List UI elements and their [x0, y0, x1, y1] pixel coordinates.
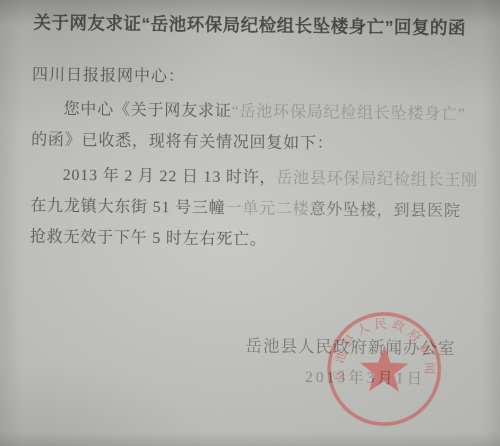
text-segment: 抢救无效于下午 5 时左右死亡。 — [30, 228, 267, 248]
official-seal: 岳池县人民政府新闻办公室 · · · · · · · · · · — [324, 309, 444, 429]
recipient-line: 四川日报报网中心： — [0, 34, 500, 91]
star-icon — [360, 345, 409, 392]
document-photo: 关于网友求证“岳池环保局纪检组长坠楼身亡”回复的函 四川日报报网中心： 您中心《… — [0, 0, 500, 446]
paragraph-2: 2013 年 2 月 22 日 13 时许，岳池县环保局纪检组长王刚 在九龙镇大… — [0, 155, 498, 259]
text-segment: 的函》已收悉，现将有关情况回复如下： — [31, 131, 334, 152]
paragraph-1-line-2: 的函》已收悉，现将有关情况回复如下： — [31, 124, 462, 161]
seal-serial-arc: · · · · · · · · · · — [351, 391, 409, 411]
text-segment-faded: 一单元二楼 — [225, 200, 309, 218]
text-segment-faded: 岳池县环保局纪检组长王刚 — [276, 170, 478, 190]
text-segment: 您中心《关于网友求证 — [63, 101, 231, 120]
text-segment: 在九龙镇大东街 51 号三幢 — [30, 197, 225, 217]
paragraph-1: 您中心《关于网友求证“岳池环保局纪检组长坠楼身亡” 的函》已收悉，现将有关情况回… — [0, 84, 499, 162]
paper-sheet: 关于网友求证“岳池环保局纪检组长坠楼身亡”回复的函 四川日报报网中心： 您中心《… — [0, 0, 500, 446]
text-segment: 意外坠楼，到县医院 — [309, 201, 460, 220]
seal-graphic: 岳池县人民政府新闻办公室 · · · · · · · · · · — [324, 309, 444, 429]
paragraph-2-line-3: 抢救无效于下午 5 时左右死亡。 — [30, 221, 461, 258]
document-title: 关于网友求证“岳池环保局纪检组长坠楼身亡”回复的函 — [0, 0, 500, 41]
text-segment-faded: “岳池环保局纪检组长坠楼身亡” — [231, 103, 465, 123]
text-segment: 2013 年 2 月 22 日 13 时许， — [63, 167, 277, 187]
